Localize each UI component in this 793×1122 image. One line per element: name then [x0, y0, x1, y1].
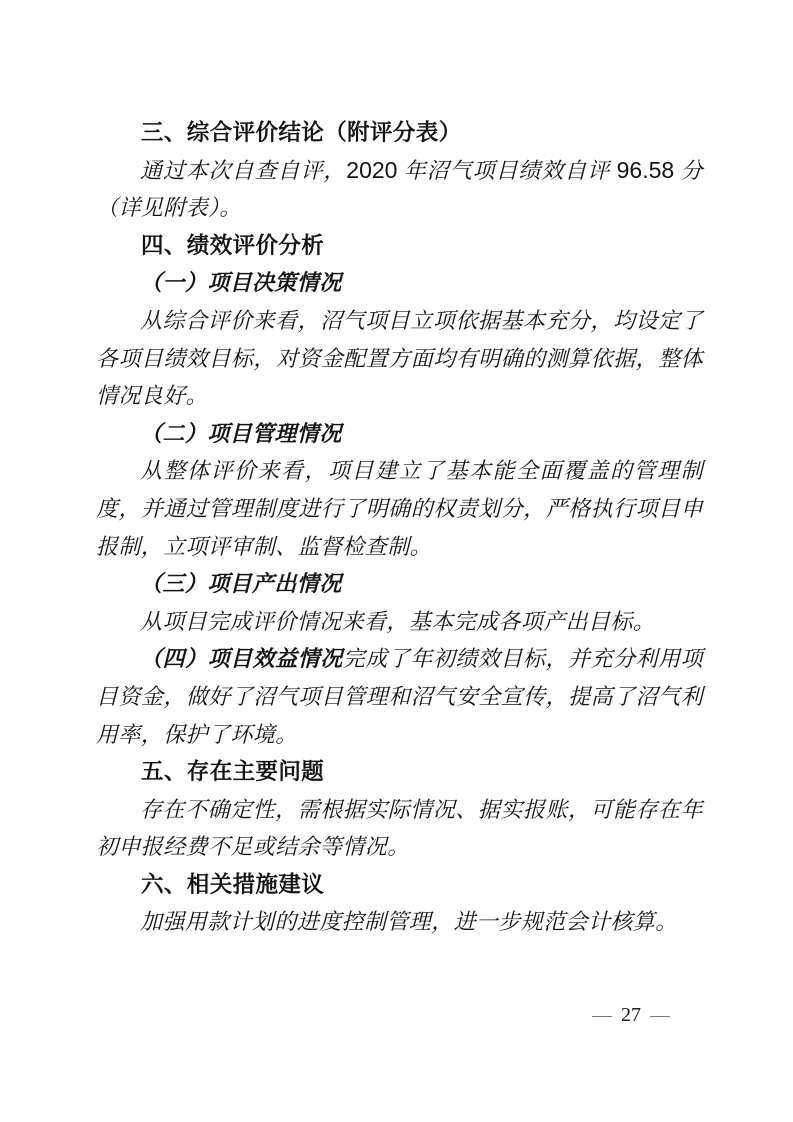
- body-paragraph: 存在不确定性，需根据实际情况、据实报账，可能存在年初申报经费不足或结余等情况。: [96, 791, 703, 866]
- section-heading: 三、综合评价结论（附评分表）: [96, 114, 703, 152]
- text-run: 加强用款计划的进度控制管理，进一步规范会计核算。: [140, 909, 678, 934]
- body-paragraph: 加强用款计划的进度控制管理，进一步规范会计核算。: [96, 903, 703, 941]
- body-paragraph: 通过本次自查自评，2020 年沼气项目绩效自评 96.58 分（详见附表）。: [96, 152, 703, 227]
- page-number-dash-right: —: [641, 1004, 679, 1026]
- section-heading: 四、绩效评价分析: [96, 227, 703, 265]
- body-paragraph: 从项目完成评价情况来看，基本完成各项产出目标。: [96, 603, 703, 641]
- text-run: 从综合评价来看，沼气项目立项依据基本充分，均设定了各项目绩效目标，对资金配置方面…: [96, 308, 703, 408]
- text-run: 从项目完成评价情况来看，基本完成各项产出目标。: [140, 609, 655, 634]
- sub-heading: （一）项目决策情况: [96, 264, 703, 302]
- body-paragraph: 从整体评价来看，项目建立了基本能全面覆盖的管理制度，并通过管理制度进行了明确的权…: [96, 452, 703, 565]
- inline-subheading: （四）项目效益情况: [140, 646, 343, 671]
- sub-heading: （二）项目管理情况: [96, 415, 703, 453]
- text-run: 年沼气项目绩效自评: [397, 158, 616, 183]
- numeric-text: 96.58: [617, 157, 675, 183]
- body-paragraph: （四）项目效益情况完成了年初绩效目标，并充分利用项目资金，做好了沼气项目管理和沼…: [96, 640, 703, 753]
- text-run: 从整体评价来看，项目建立了基本能全面覆盖的管理制度，并通过管理制度进行了明确的权…: [96, 458, 703, 558]
- document-body: 三、综合评价结论（附评分表）通过本次自查自评，2020 年沼气项目绩效自评 96…: [96, 114, 703, 941]
- page-number-value: 27: [621, 1004, 641, 1026]
- body-paragraph: 从综合评价来看，沼气项目立项依据基本充分，均设定了各项目绩效目标，对资金配置方面…: [96, 302, 703, 415]
- document-page: 三、综合评价结论（附评分表）通过本次自查自评，2020 年沼气项目绩效自评 96…: [0, 0, 793, 1122]
- sub-heading: （三）项目产出情况: [96, 565, 703, 603]
- numeric-text: 2020: [346, 157, 397, 183]
- section-heading: 五、存在主要问题: [96, 753, 703, 791]
- section-heading: 六、相关措施建议: [96, 866, 703, 904]
- text-run: 存在不确定性，需根据实际情况、据实报账，可能存在年初申报经费不足或结余等情况。: [96, 797, 703, 860]
- text-run: 通过本次自查自评，: [140, 158, 346, 183]
- page-number: —27—: [571, 1002, 691, 1028]
- page-number-dash-left: —: [583, 1004, 621, 1026]
